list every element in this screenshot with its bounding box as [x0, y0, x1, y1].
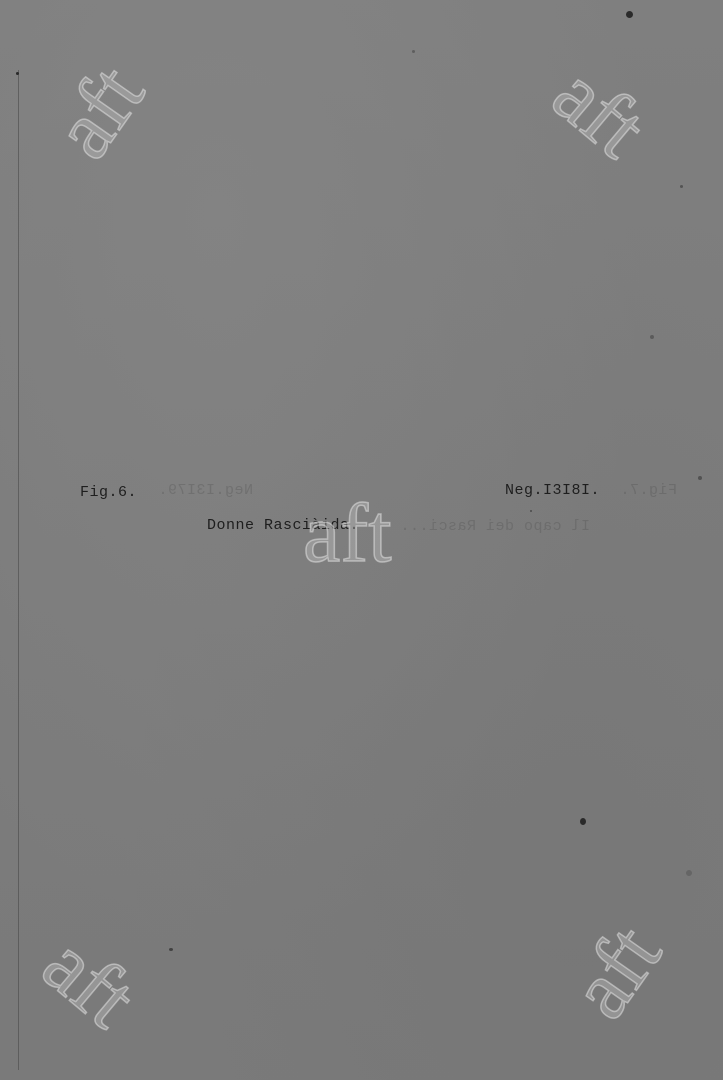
- watermark-top-right: aft: [538, 51, 660, 172]
- reverse-figure-label: Fig.7.: [620, 482, 677, 499]
- dust-speck: [530, 510, 532, 512]
- dust-speck: [169, 948, 173, 951]
- figure-label: Fig.6.: [80, 484, 137, 501]
- watermark-bottom-right: aft: [556, 912, 676, 1033]
- reverse-caption: Il capo dei Rasci...: [400, 518, 590, 535]
- reverse-negative-number: Neg.I3I79.: [158, 482, 253, 499]
- dust-speck: [412, 50, 415, 53]
- watermark-center: aft: [303, 492, 392, 576]
- card-edge-line: [18, 70, 19, 1070]
- dust-speck: [16, 72, 19, 75]
- dust-speck: [680, 185, 683, 188]
- negative-number: Neg.I3I8I.: [505, 482, 600, 499]
- dust-speck: [580, 818, 586, 825]
- dust-speck: [686, 870, 692, 876]
- watermark-bottom-left: aft: [28, 921, 150, 1042]
- dust-speck: [650, 335, 654, 339]
- watermark-top-left: aft: [39, 52, 159, 173]
- dust-speck: [698, 476, 702, 480]
- scanned-card: Neg.I3I79. Fig.7. Il capo dei Rasci... F…: [0, 0, 723, 1080]
- dust-speck: [626, 11, 633, 18]
